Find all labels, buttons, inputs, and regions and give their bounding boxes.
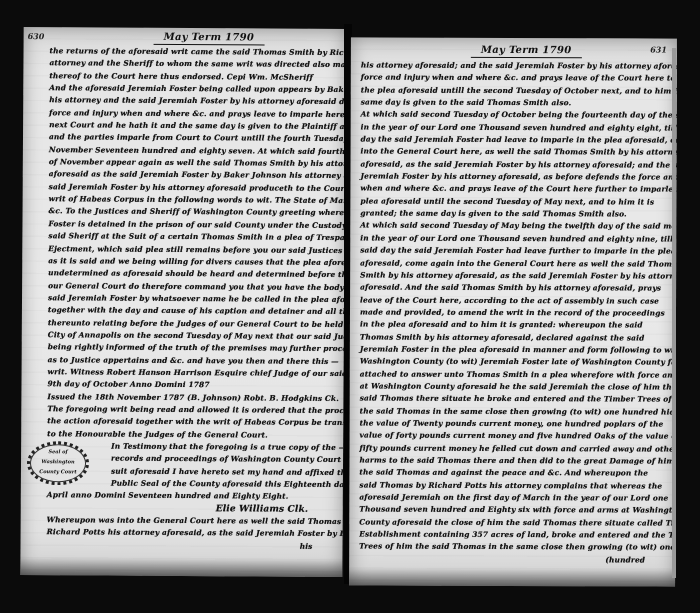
text-line: aforesaid, come again into the General C…	[350, 257, 676, 270]
text-line: harms to the said Thomas there and then …	[349, 454, 675, 467]
right-page: May Term 1790 631 his attorney aforesaid…	[349, 37, 677, 586]
county-seal-icon: Seal of Washington County Court	[27, 441, 89, 485]
text-line: fifty pounds current money he felled cut…	[350, 442, 676, 455]
left-page: 630 May Term 1790 the returns of the afo…	[20, 27, 345, 577]
text-line: Jeremiah Foster in the plea aforesaid in…	[350, 343, 676, 356]
seal-text: Washington	[30, 457, 86, 467]
text-line: day the said Jeremiah Foster had leave t…	[351, 133, 677, 146]
term-heading: May Term 1790	[154, 32, 265, 46]
page-shadow	[349, 567, 675, 586]
text-line: aforesaid, as the said Jeremiah Foster b…	[350, 158, 676, 171]
text-line: made and provided, to amend the writ in …	[350, 306, 676, 319]
text-line: the said Thomas in the same close then g…	[350, 405, 676, 418]
text-line: At which said second Tuesday of May bein…	[350, 220, 676, 233]
text-line: Thomas Smith by his attorney aforesaid, …	[350, 331, 676, 344]
text-line: plea aforesaid until the second Tuesday …	[350, 195, 676, 208]
page-number: 631	[650, 44, 667, 54]
text-line: Jeremiah Foster by his attorney aforesai…	[350, 171, 676, 184]
page-shadow	[20, 557, 342, 577]
text-line: said Thomas there situate he broke and e…	[350, 393, 676, 406]
text-line: Smith by his attorney aforesaid, as the …	[350, 269, 676, 282]
text-line: leave of the Court here, according to th…	[350, 294, 676, 307]
text-line: Richard Potts his attorney aforesaid, as…	[21, 526, 343, 540]
text-line: in the year of our Lord one Thousand sev…	[351, 121, 677, 134]
text-line: into the General Court here, as well the…	[351, 146, 677, 159]
text-line: April anno Domini Seventeen hundred and …	[21, 489, 343, 503]
text-line: his attorney aforesaid; and the said Jer…	[351, 59, 677, 72]
seal-text: County Court	[30, 467, 86, 477]
text-line: the said Thomas and against the peace an…	[349, 467, 675, 480]
text-line: in the plea aforesaid and to him it is g…	[350, 319, 676, 332]
text-line: aforesaid Jeremiah on the first day of M…	[349, 491, 675, 504]
manuscript-text: his attorney aforesaid; and the said Jer…	[349, 59, 677, 566]
text-line: granted; the same day is given to the sa…	[350, 208, 676, 221]
document-scan: 630 May Term 1790 the returns of the afo…	[0, 0, 700, 613]
text-line: Establishment containing 357 acres of la…	[349, 528, 675, 541]
text-line: same day is given to the said Thomas Smi…	[351, 96, 677, 109]
text-line: Thousand seven hundred and Eighty six wi…	[349, 504, 675, 517]
catchword: his	[20, 539, 342, 553]
text-line: in the year of our Lord one Thousand sev…	[350, 232, 676, 245]
text-line: County aforesaid the close of him the sa…	[349, 516, 675, 529]
text-line: the value of Twenty pounds current money…	[350, 417, 676, 430]
text-line: said Thomas by Richard Potts his attorne…	[349, 479, 675, 492]
seal-text: Seal of	[30, 447, 86, 457]
text-line: value of forty pounds current money and …	[350, 430, 676, 443]
text-line: aforesaid. And the said Thomas Smith by …	[350, 282, 676, 295]
catchword: (hundred	[349, 553, 675, 566]
text-line: to the Honourable the Judges of the Gene…	[21, 428, 343, 442]
text-line: said day the said Jeremiah Foster had le…	[350, 245, 676, 258]
text-line: at Washington County aforesaid he the sa…	[350, 380, 676, 393]
text-line: force and injury when and where &c. and …	[351, 72, 677, 85]
page-edge	[672, 48, 676, 578]
text-line: Trees of him the said Thomas in the same…	[349, 541, 675, 554]
text-line: when and where &c. and prays leave of th…	[350, 183, 676, 196]
text-line: attached to answer unto Thomas Smith in …	[350, 368, 676, 381]
text-line: At which said second Tuesday of October …	[351, 109, 677, 122]
term-heading: May Term 1790	[471, 45, 582, 58]
page-number: 630	[28, 31, 45, 41]
text-line: Washington County (to wit) Jeremiah Fost…	[350, 356, 676, 369]
text-line: the plea aforesaid untill the second Tue…	[351, 84, 677, 97]
